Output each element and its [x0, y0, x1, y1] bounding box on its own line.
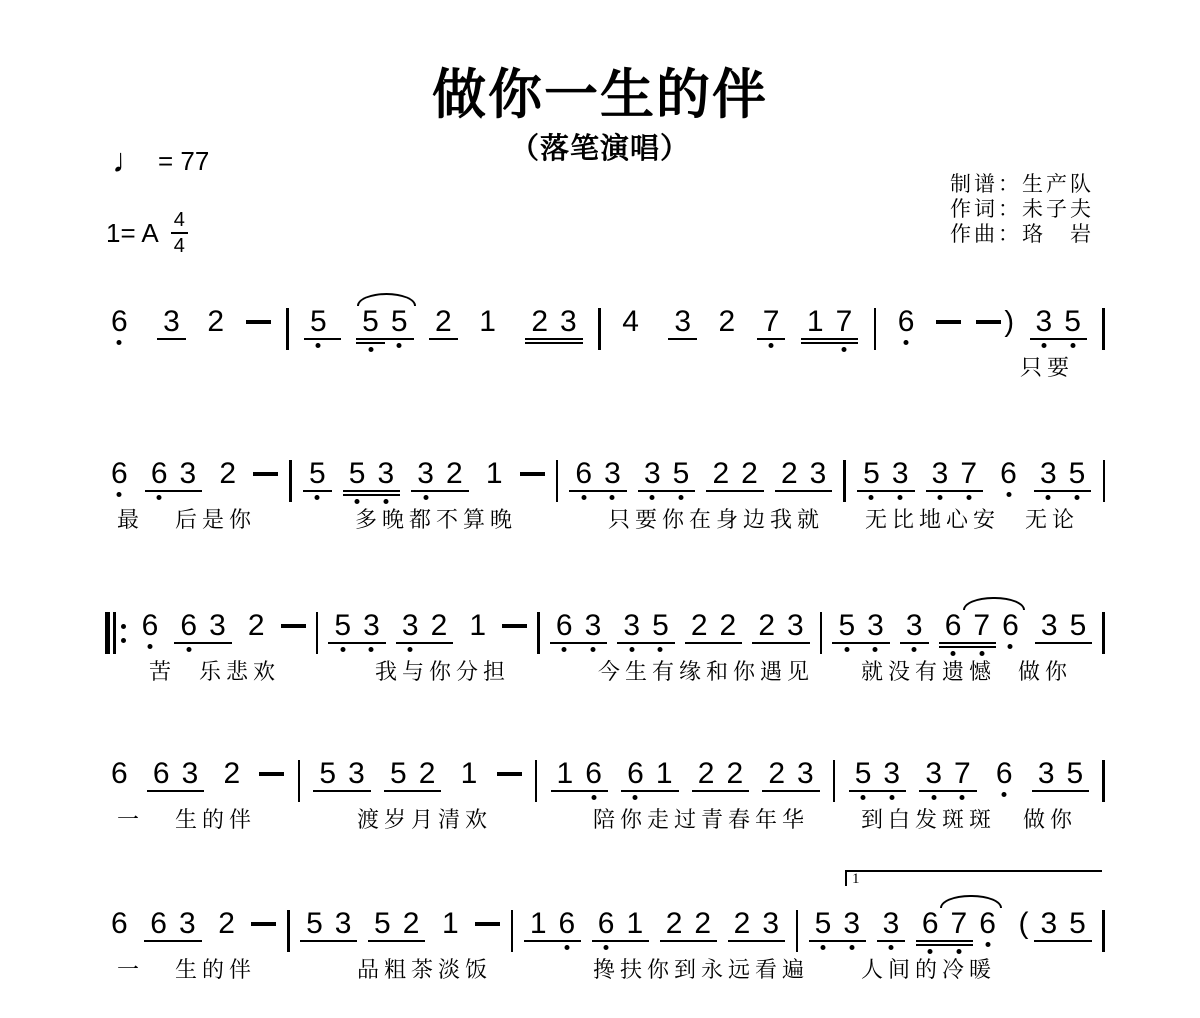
- note-digit: 6: [144, 908, 173, 942]
- digit-glyph: 5: [391, 305, 408, 338]
- octave-dot: [658, 647, 663, 652]
- lyric-syllable: 一: [117, 803, 144, 834]
- dash-line: [281, 624, 306, 628]
- digit-glyph: 6: [598, 907, 615, 940]
- note-token: 17: [801, 306, 858, 340]
- note-digit: 3: [203, 610, 232, 644]
- digit-glyph: 6: [150, 907, 167, 940]
- digit-glyph: 1: [530, 907, 547, 940]
- note-digit: 2: [692, 758, 721, 792]
- notes-row: 6632553321633522235337635: [105, 458, 1105, 502]
- note-digit: 2: [213, 458, 242, 490]
- digit-glyph: 3: [843, 907, 860, 940]
- credit-lyricist: 作词：未子夫: [950, 197, 1094, 222]
- dash-token: [520, 458, 545, 476]
- quarter-note-icon: ♩: [112, 142, 146, 180]
- digit-glyph: 2: [726, 757, 743, 790]
- digit-glyph: 4: [622, 305, 639, 338]
- note-token: 63: [174, 610, 231, 644]
- note-digit: 3: [176, 758, 205, 792]
- note-token: 37: [926, 458, 983, 492]
- note-token: 53: [849, 758, 906, 792]
- digit-glyph: 5: [652, 609, 669, 642]
- note-token: 6: [105, 908, 134, 940]
- note-digit: 5: [300, 908, 329, 942]
- note-token: 53: [809, 908, 866, 942]
- lyric-syllable: 多晚都不算晚: [355, 503, 517, 534]
- note-token: 6: [136, 610, 165, 642]
- digit-glyph: 1: [557, 757, 574, 790]
- notes-row: 663253521166122235337635: [105, 758, 1105, 802]
- note-token: 53: [857, 458, 914, 492]
- note-digit: 1: [620, 908, 649, 942]
- note-digit: 5: [1063, 458, 1092, 492]
- note-digit: 7: [830, 306, 859, 340]
- dash-line: [936, 320, 961, 324]
- digit-glyph: 6: [559, 907, 576, 940]
- octave-dot: [769, 343, 774, 348]
- octave-dot: [888, 945, 893, 950]
- digit-glyph: 6: [180, 609, 197, 642]
- digit-glyph: 6: [111, 457, 128, 490]
- note-token: 52: [368, 908, 425, 942]
- note-token: 32: [396, 610, 453, 644]
- lyric-syllable: 一: [117, 953, 144, 984]
- digit-glyph: 6: [111, 757, 128, 790]
- note-digit: 2: [720, 758, 749, 792]
- digit-glyph: 3: [906, 609, 923, 642]
- barline: [286, 308, 289, 350]
- note-token: 37: [919, 758, 976, 792]
- dash-token: [502, 610, 527, 628]
- digit-glyph: 5: [855, 757, 872, 790]
- digit-glyph: 2: [698, 757, 715, 790]
- repeat-dot: [121, 638, 126, 643]
- octave-dot: [157, 495, 162, 500]
- dash-suffix: ): [1004, 306, 1014, 338]
- lyric-syllable: 做你: [1023, 803, 1077, 834]
- key-label: 1= A: [106, 218, 159, 249]
- note-digit: 5: [1061, 758, 1090, 792]
- digit-glyph: 6: [111, 907, 128, 940]
- octave-dot: [869, 495, 874, 500]
- note-digit: 3: [617, 610, 646, 644]
- note-token: 2: [242, 610, 271, 642]
- digit-glyph: 5: [310, 305, 327, 338]
- octave-dot: [904, 340, 909, 345]
- note-digit: 6: [569, 458, 598, 492]
- digit-glyph: 2: [712, 457, 729, 490]
- note-digit: 3: [861, 610, 890, 644]
- barline: [298, 760, 301, 802]
- digit-glyph: 5: [309, 457, 326, 490]
- digit-glyph: 3: [810, 457, 827, 490]
- octave-dot: [562, 647, 567, 652]
- lyric-syllable: 无论: [1025, 503, 1079, 534]
- note-digit: 5: [809, 908, 838, 942]
- note-digit: 7: [945, 908, 974, 942]
- digit-glyph: 5: [1069, 457, 1086, 490]
- note-token: 2: [213, 458, 242, 490]
- digit-glyph: 3: [1036, 305, 1053, 338]
- digit-glyph: 6: [142, 609, 159, 642]
- digit-glyph: 2: [719, 305, 736, 338]
- digit-glyph: 6: [585, 757, 602, 790]
- digit-glyph: 2: [207, 305, 224, 338]
- digit-glyph: 3: [674, 305, 691, 338]
- octave-dot: [1041, 343, 1046, 348]
- note-digit: 3: [174, 458, 203, 492]
- digit-glyph: 3: [604, 457, 621, 490]
- repeat-thick-bar: [105, 612, 110, 654]
- note-digit: 2: [218, 758, 247, 790]
- note-token: 35: [1030, 306, 1087, 340]
- note-digit: 3: [781, 610, 810, 644]
- note-digit: 6: [973, 908, 1002, 940]
- note-digit: 3: [638, 458, 667, 492]
- note-digit: 3: [837, 908, 866, 942]
- note-digit: 1: [436, 908, 465, 940]
- note-token: 22: [660, 908, 717, 942]
- note-digit: 3: [579, 610, 608, 644]
- digit-glyph: 5: [319, 757, 336, 790]
- digit-glyph: 2: [219, 457, 236, 490]
- lyric-syllable: 我与你分担: [375, 655, 510, 686]
- barline: [796, 910, 799, 952]
- octave-dot: [610, 495, 615, 500]
- digit-glyph: 1: [807, 305, 824, 338]
- lyric-syllable: 只要: [1020, 351, 1074, 382]
- digit-glyph: 3: [867, 609, 884, 642]
- octave-dot: [966, 495, 971, 500]
- dash-token: [497, 758, 522, 776]
- digit-glyph: 1: [486, 457, 503, 490]
- note-token: 5: [304, 306, 341, 340]
- octave-dot: [368, 347, 373, 352]
- barline: [556, 460, 559, 502]
- note-digit: 2: [728, 908, 757, 942]
- octave-dot: [985, 942, 990, 947]
- note-digit: 3: [877, 758, 906, 792]
- digit-glyph: 2: [403, 907, 420, 940]
- note-digit: 2: [660, 908, 689, 942]
- note-digit: 3: [900, 610, 929, 644]
- octave-dot: [931, 795, 936, 800]
- octave-dot: [1046, 495, 1051, 500]
- note-token: 35: [617, 610, 674, 644]
- note-digit: 2: [429, 306, 458, 340]
- digit-glyph: 6: [153, 757, 170, 790]
- note-token: 55: [356, 306, 413, 340]
- digit-glyph: (: [1018, 907, 1028, 940]
- time-signature-denominator: 4: [171, 234, 188, 256]
- note-token: 23: [728, 908, 785, 942]
- digit-glyph: 2: [218, 907, 235, 940]
- note-token: 61: [592, 908, 649, 942]
- octave-dot: [841, 347, 846, 352]
- note-token: 53: [343, 458, 400, 492]
- note-token: 3: [668, 306, 697, 340]
- digit-glyph: 7: [763, 305, 780, 338]
- octave-dot: [873, 647, 878, 652]
- lyric-syllable: 今生有缘和你遇见: [598, 655, 814, 686]
- tempo-marking: ♩ = 77: [112, 142, 209, 180]
- repeat-thin-bar: [113, 612, 116, 654]
- digit-glyph: 2: [781, 457, 798, 490]
- dash-token: [936, 306, 961, 324]
- barline: [833, 760, 836, 802]
- note-digit: 5: [667, 458, 696, 492]
- note-digit: 7: [948, 758, 977, 792]
- tempo-value: = 77: [158, 146, 209, 177]
- octave-dot: [820, 945, 825, 950]
- note-digit: 3: [1034, 458, 1063, 492]
- note-token: 61: [621, 758, 678, 792]
- octave-dot: [889, 795, 894, 800]
- octave-dot: [898, 495, 903, 500]
- digit-glyph: 5: [863, 457, 880, 490]
- note-token: 3: [900, 610, 929, 644]
- octave-dot: [960, 795, 965, 800]
- digit-glyph: 5: [306, 907, 323, 940]
- octave-dot: [1006, 492, 1011, 497]
- octave-dot: [1008, 644, 1013, 649]
- note-digit: 5: [384, 758, 413, 792]
- dash-line: [253, 472, 278, 476]
- note-digit: 6: [174, 610, 203, 644]
- digit-glyph: 3: [883, 907, 900, 940]
- note-digit: 3: [926, 458, 955, 492]
- barline: [316, 612, 319, 654]
- digit-glyph: 6: [627, 757, 644, 790]
- augmentation-dot: [502, 306, 510, 338]
- digit-glyph: 3: [883, 757, 900, 790]
- lyric-syllable: 只要你在身边我就: [608, 503, 824, 534]
- note-digit: 6: [145, 458, 174, 492]
- note-digit: 3: [342, 758, 371, 792]
- digit-glyph: 3: [363, 609, 380, 642]
- lyric-syllable: 最: [117, 503, 144, 534]
- note-token: 35: [1034, 458, 1091, 492]
- note-token: 1: [473, 306, 510, 338]
- notes-row: 66325352116612223533676(35: [105, 908, 1105, 952]
- note-token: 53: [328, 610, 385, 644]
- digit-glyph: 7: [951, 907, 968, 940]
- octave-dot: [369, 647, 374, 652]
- digit-glyph: 2: [435, 305, 452, 338]
- digit-glyph: 3: [644, 457, 661, 490]
- digit-glyph: 3: [797, 757, 814, 790]
- note-digit: 1: [455, 758, 484, 790]
- note-digit: 2: [775, 458, 804, 492]
- digit-glyph: 2: [446, 457, 463, 490]
- barline: [1103, 460, 1106, 502]
- lyric-syllable: 后是你: [175, 503, 256, 534]
- note-token: 35: [1035, 610, 1092, 644]
- digit-glyph: 6: [111, 305, 128, 338]
- dash-token: [281, 610, 306, 628]
- note-digit: 3: [329, 908, 358, 942]
- digit-glyph: 1: [469, 609, 486, 642]
- note-token: 52: [384, 758, 441, 792]
- note-digit: 2: [425, 610, 454, 644]
- digit-glyph: 1: [442, 907, 459, 940]
- octave-dot: [937, 495, 942, 500]
- lyric-syllable: 搀扶你到永远看遍: [593, 953, 809, 984]
- note-digit: 3: [791, 758, 820, 792]
- barline: [289, 460, 292, 502]
- digit-glyph: 1: [656, 757, 673, 790]
- note-token: 22: [685, 610, 742, 644]
- note-digit: 3: [357, 610, 386, 644]
- digit-glyph: 2: [758, 609, 775, 642]
- note-digit: (: [1012, 908, 1034, 940]
- note-digit: 6: [990, 758, 1019, 790]
- note-digit: 3: [1030, 306, 1059, 340]
- barline: [1102, 308, 1105, 350]
- lyric-syllable: 做你: [1018, 655, 1072, 686]
- note-digit: 5: [849, 758, 878, 792]
- lyric-syllable: 苦: [149, 655, 176, 686]
- digit-glyph: 2: [741, 457, 758, 490]
- note-token: 2: [218, 758, 247, 790]
- digit-glyph: 3: [402, 609, 419, 642]
- dash-token: [259, 758, 284, 776]
- digit-glyph: 2: [248, 609, 265, 642]
- octave-dot: [861, 795, 866, 800]
- note-digit: 6: [105, 908, 134, 940]
- octave-dot: [591, 795, 596, 800]
- note-token: 63: [550, 610, 607, 644]
- digit-glyph: 6: [556, 609, 573, 642]
- dash-token: [246, 306, 271, 324]
- credit-composer: 作曲：珞 岩: [950, 222, 1094, 247]
- note-digit: 7: [757, 306, 786, 340]
- augmentation-dot: [645, 306, 653, 338]
- digit-glyph: 2: [720, 609, 737, 642]
- digit-glyph: 1: [461, 757, 478, 790]
- note-digit: 2: [735, 458, 764, 492]
- note-digit: 6: [579, 758, 608, 792]
- barline: [1102, 760, 1105, 802]
- digit-glyph: 3: [623, 609, 640, 642]
- note-token: 6: [990, 758, 1019, 790]
- lyric-syllable: 人间的冷暖: [861, 953, 996, 984]
- digit-glyph: 5: [815, 907, 832, 940]
- note-token: 1: [455, 758, 484, 790]
- note-digit: 3: [886, 458, 915, 492]
- note-token: 53: [300, 908, 357, 942]
- digit-glyph: 3: [1040, 457, 1057, 490]
- dash-line: [259, 772, 284, 776]
- digit-glyph: 6: [979, 907, 996, 940]
- digit-glyph: 3: [560, 305, 577, 338]
- barline: [598, 308, 601, 350]
- digit-glyph: 3: [180, 457, 197, 490]
- time-signature-numerator: 4: [171, 210, 188, 234]
- barline: [843, 460, 846, 502]
- note-digit: 3: [157, 306, 186, 340]
- digit-glyph: 3: [1041, 609, 1058, 642]
- lyric-syllable: 品粗茶淡饭: [357, 953, 492, 984]
- digit-glyph: 6: [945, 609, 962, 642]
- octave-dot: [408, 647, 413, 652]
- note-digit: 5: [1063, 908, 1092, 942]
- note-token: 16: [524, 908, 581, 942]
- note-token: (35: [1012, 908, 1091, 942]
- note-digit: 6: [136, 610, 165, 642]
- digit-glyph: 2: [431, 609, 448, 642]
- digit-glyph: 2: [694, 907, 711, 940]
- note-digit: 6: [592, 908, 621, 942]
- barline: [537, 612, 540, 654]
- note-token: 6: [105, 306, 142, 338]
- digit-glyph: 2: [691, 609, 708, 642]
- dash-token: [475, 908, 500, 926]
- digit-glyph: 5: [838, 609, 855, 642]
- octave-dot: [186, 647, 191, 652]
- note-token: 23: [775, 458, 832, 492]
- digit-glyph: 2: [734, 907, 751, 940]
- note-digit: 2: [525, 306, 554, 340]
- octave-dot: [633, 795, 638, 800]
- digit-glyph: 6: [922, 907, 939, 940]
- digit-glyph: 5: [349, 457, 366, 490]
- note-digit: 5: [385, 306, 414, 340]
- note-digit: 2: [212, 908, 241, 940]
- note-token: 3: [157, 306, 186, 340]
- note-token: 63: [145, 458, 202, 492]
- digit-glyph: 5: [1069, 907, 1086, 940]
- digit-glyph: 3: [1038, 757, 1055, 790]
- note-digit: 2: [201, 306, 230, 338]
- octave-dot: [1075, 495, 1080, 500]
- digit-glyph: 3: [179, 907, 196, 940]
- note-digit: 5: [646, 610, 675, 644]
- digit-glyph: 3: [209, 609, 226, 642]
- note-digit: 6: [892, 306, 921, 338]
- dash-token: [251, 908, 276, 926]
- note-digit: 6: [621, 758, 650, 792]
- lyric-syllable: 生的伴: [175, 803, 256, 834]
- note-token: 3: [877, 908, 906, 942]
- note-token: 4: [616, 306, 653, 338]
- first-ending-label: 1: [852, 872, 860, 887]
- note-token: 6: [105, 758, 134, 790]
- digit-glyph: 1: [479, 305, 496, 338]
- note-digit: 6: [939, 610, 968, 644]
- note-digit: 3: [877, 908, 906, 942]
- dash-line: [520, 472, 545, 476]
- augmentation-dot: [134, 306, 142, 338]
- note-digit: 5: [313, 758, 342, 792]
- note-token: 63: [144, 908, 201, 942]
- octave-dot: [1070, 343, 1075, 348]
- octave-dot: [315, 495, 320, 500]
- note-digit: 2: [713, 306, 742, 338]
- octave-dot: [316, 343, 321, 348]
- digit-glyph: 3: [377, 457, 394, 490]
- digit-glyph: 5: [390, 757, 407, 790]
- note-digit: 1: [473, 306, 502, 338]
- dash-line: [502, 624, 527, 628]
- dash-token: ): [976, 306, 1014, 338]
- note-digit: 2: [752, 610, 781, 644]
- note-token: 23: [762, 758, 819, 792]
- note-token: 22: [692, 758, 749, 792]
- digit-glyph: 7: [954, 757, 971, 790]
- note-digit: 1: [801, 306, 830, 340]
